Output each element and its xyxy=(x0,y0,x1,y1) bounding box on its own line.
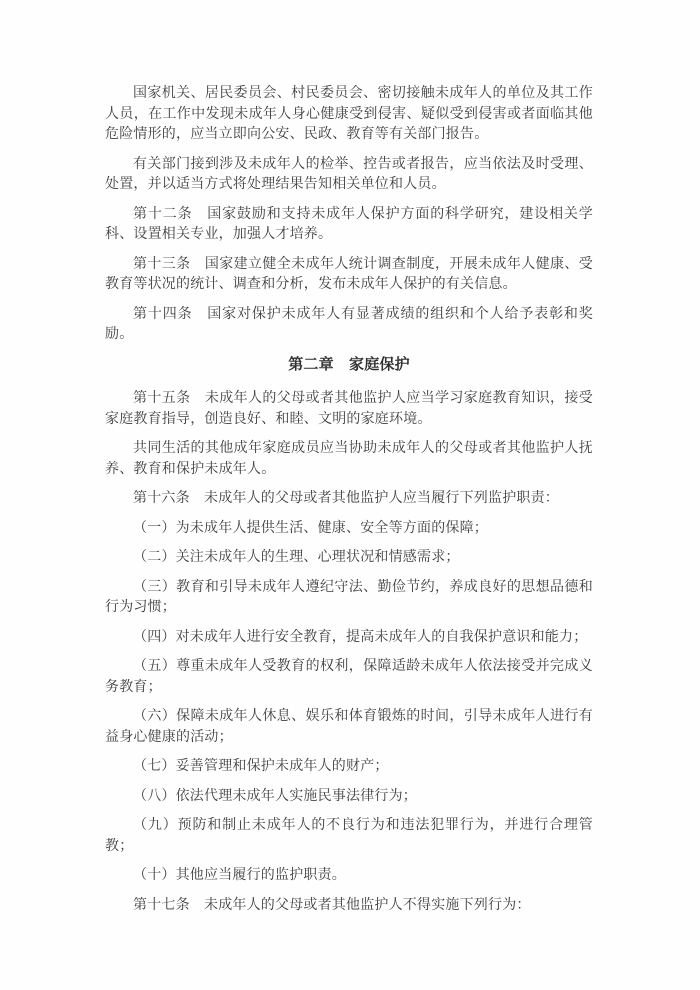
list-item-8: （八）依法代理未成年人实施民事法律行为； xyxy=(105,787,593,808)
paragraph-article-17: 第十七条 未成年人的父母或者其他监护人不得实施下列行为： xyxy=(105,896,593,917)
list-item-9: （九）预防和制止未成年人的不良行为和违法犯罪行为，并进行合理管教； xyxy=(105,816,593,857)
document-content: 国家机关、居民委员会、村民委员会、密切接触未成年人的单位及其工作人员，在工作中发… xyxy=(105,84,593,925)
paragraph-article-15: 第十五条 未成年人的父母或者其他监护人应当学习家庭教育知识，接受家庭教育指导，创… xyxy=(105,389,593,430)
paragraph: 共同生活的其他成年家庭成员应当协助未成年人的父母或者其他监护人抚养、教育和保护未… xyxy=(105,439,593,480)
document-page: 国家机关、居民委员会、村民委员会、密切接触未成年人的单位及其工作人员，在工作中发… xyxy=(0,0,700,990)
paragraph-article-12: 第十二条 国家鼓励和支持未成年人保护方面的科学研究，建设相关学科、设置相关专业，… xyxy=(105,205,593,246)
list-item-2: （二）关注未成年人的生理、心理状况和情感需求； xyxy=(105,548,593,569)
list-item-6: （六）保障未成年人休息、娱乐和体育锻炼的时间，引导未成年人进行有益身心健康的活动… xyxy=(105,707,593,748)
list-item-7: （七）妥善管理和保护未成年人的财产； xyxy=(105,757,593,778)
chapter-heading: 第二章 家庭保护 xyxy=(105,355,593,376)
list-item-4: （四）对未成年人进行安全教育，提高未成年人的自我保护意识和能力； xyxy=(105,628,593,649)
paragraph-article-14: 第十四条 国家对保护未成年人有显著成绩的组织和个人给予表彰和奖励。 xyxy=(105,305,593,346)
list-item-10: （十）其他应当履行的监护职责。 xyxy=(105,866,593,887)
paragraph: 国家机关、居民委员会、村民委员会、密切接触未成年人的单位及其工作人员，在工作中发… xyxy=(105,84,593,146)
paragraph-article-16: 第十六条 未成年人的父母或者其他监护人应当履行下列监护职责： xyxy=(105,489,593,510)
list-item-5: （五）尊重未成年人受教育的权利，保障适龄未成年人依法接受并完成义务教育； xyxy=(105,657,593,698)
paragraph: 有关部门接到涉及未成年人的检举、控告或者报告，应当依法及时受理、处置，并以适当方… xyxy=(105,155,593,196)
list-item-1: （一）为未成年人提供生活、健康、安全等方面的保障； xyxy=(105,519,593,540)
paragraph-article-13: 第十三条 国家建立健全未成年人统计调查制度，开展未成年人健康、受教育等状况的统计… xyxy=(105,255,593,296)
list-item-3: （三）教育和引导未成年人遵纪守法、勤俭节约，养成良好的思想品德和行为习惯； xyxy=(105,578,593,619)
